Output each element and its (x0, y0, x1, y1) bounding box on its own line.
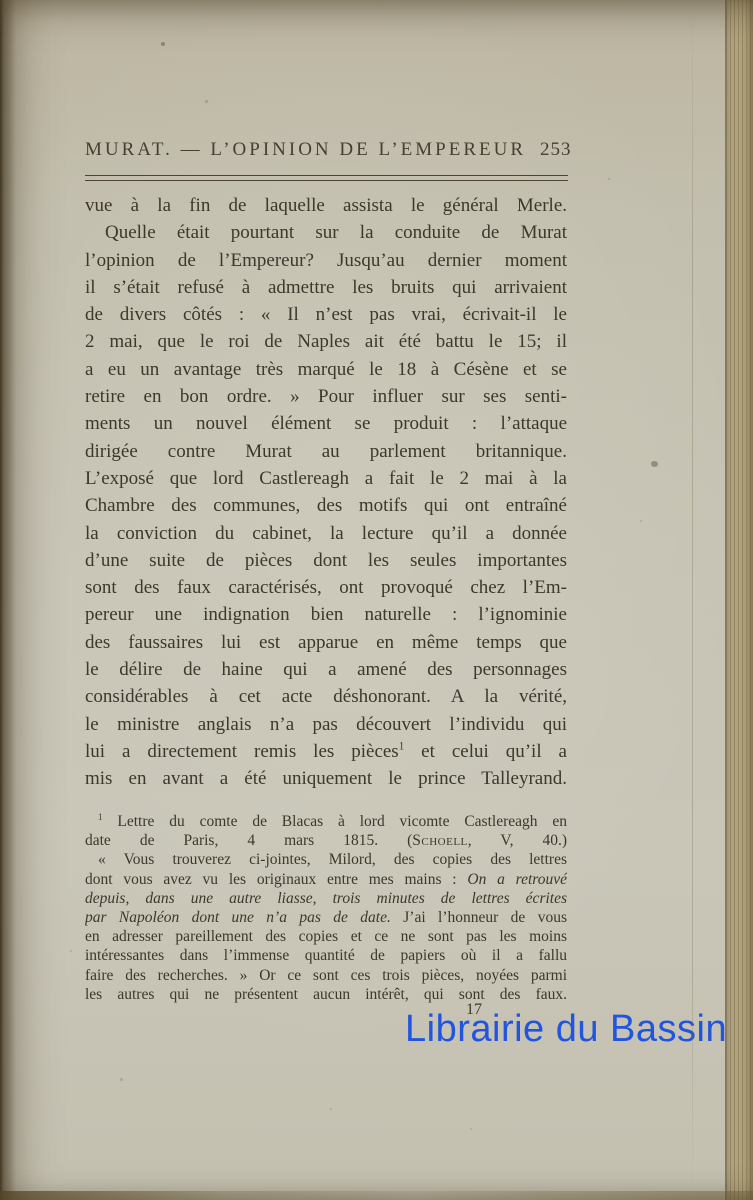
paper-speck (205, 100, 208, 103)
paper-speck (120, 1078, 123, 1081)
footnote-italic-line: depuis, dans une autre liasse, trois min… (85, 889, 567, 908)
footnote-italic-text: par Napoléon dont une n’a pas de date. (85, 909, 391, 926)
paper-speck (330, 1108, 332, 1110)
body-line: L’exposé que lord Castlereagh a fait le … (85, 465, 567, 492)
paper-speck (640, 520, 642, 522)
body-line: Chambre des communes, des motifs qui ont… (85, 492, 567, 519)
footnote-text: , V, 40.) (468, 832, 567, 849)
header-double-rule (85, 175, 568, 181)
bookseller-watermark: Librairie du Bassin (405, 1008, 727, 1051)
book-bottom-edge-shadow (0, 1191, 753, 1200)
body-line: sont des faux caractérisés, ont provoqué… (85, 574, 567, 601)
footnote-line: en adresser pareillement des copies et c… (85, 927, 567, 946)
paper-speck (608, 178, 610, 180)
body-line: a eu un avantage très marqué le 18 à Cés… (85, 356, 567, 383)
footnote-text: dont vous avez vu les originaux entre me… (85, 871, 467, 888)
running-head-title: MURAT. — L’OPINION DE L’EMPEREUR (85, 139, 526, 160)
footnote-italic-text: On a retrouvé (467, 871, 567, 888)
book-fore-edge (725, 0, 753, 1200)
footnote-text: J’ai l’honneur de vous (391, 909, 567, 926)
body-line: retire en bon ordre. » Pour influer sur … (85, 383, 567, 410)
body-line: 2 mai, que le roi de Naples ait été batt… (85, 328, 567, 355)
body-line: vue à la fin de laquelle assista le géné… (85, 192, 567, 219)
body-line: dirigée contre Murat au parlement britan… (85, 438, 567, 465)
body-line: l’opinion de l’Empereur? Jusqu’au dernie… (85, 247, 567, 274)
paper-speck (470, 1128, 472, 1130)
body-line: de divers côtés : « Il n’est pas vrai, é… (85, 301, 567, 328)
body-line: pereur une indignation bien naturelle : … (85, 601, 567, 628)
footnote-text: Lettre du comte de Blacas à lord vicomte… (103, 813, 568, 830)
body-line-text: et celui qu’il a (404, 741, 567, 762)
page-folio: 253 (540, 139, 572, 160)
footnote-line: « Vous trouverez ci-jointes, Milord, des… (85, 850, 567, 869)
book-page-photo: MURAT. — L’OPINION DE L’EMPEREUR253 vue … (0, 0, 753, 1200)
body-line: le ministre anglais n’a pas découvert l’… (85, 711, 567, 738)
body-line: mis en avant a été uniquement le prince … (85, 765, 567, 792)
adjacent-page-edge-line (692, 0, 693, 1200)
body-line: ments un nouvel élément se produit : l’a… (85, 410, 567, 437)
body-line: il s’était refusé à admettre les bruits … (85, 274, 567, 301)
footnote-line: par Napoléon dont une n’a pas de date. J… (85, 908, 567, 927)
body-line: des faussaires lui est apparue en même t… (85, 629, 567, 656)
paper-speck (161, 42, 165, 46)
footnote-line: faire des recherches. » Or ce sont ces t… (85, 966, 567, 985)
footnote-line: date de Paris, 4 mars 1815. (Schoell, V,… (85, 831, 567, 850)
body-line-with-note: lui a directement remis les pièces1 et c… (85, 738, 567, 765)
book-left-edge-shadow (0, 0, 16, 1200)
body-line: d’une suite de pièces dont les seules im… (85, 547, 567, 574)
body-line: le délire de haine qui a amené des perso… (85, 656, 567, 683)
footnote-block: 1 Lettre du comte de Blacas à lord vicom… (85, 812, 567, 1004)
body-text: vue à la fin de laquelle assista le géné… (85, 192, 567, 793)
footnote-line: dont vous avez vu les originaux entre me… (85, 870, 567, 889)
footnote-line: 1 Lettre du comte de Blacas à lord vicom… (85, 812, 567, 831)
footnote-line: intéressantes dans l’immense quantité de… (85, 946, 567, 965)
body-line-text: lui a directement remis les pièces (85, 741, 399, 762)
running-head: MURAT. — L’OPINION DE L’EMPEREUR253 (85, 139, 567, 161)
footnote-smallcaps-name: Schoell (412, 832, 468, 849)
paper-blob (651, 461, 658, 467)
body-line: Quelle était pourtant sur la conduite de… (85, 219, 567, 246)
footnote-text: date de Paris, 4 mars 1815. ( (85, 832, 412, 849)
paper-speck (70, 950, 72, 952)
body-line: considérables à cet acte déshonorant. A … (85, 683, 567, 710)
body-line: la conviction du cabinet, la lecture qu’… (85, 520, 567, 547)
